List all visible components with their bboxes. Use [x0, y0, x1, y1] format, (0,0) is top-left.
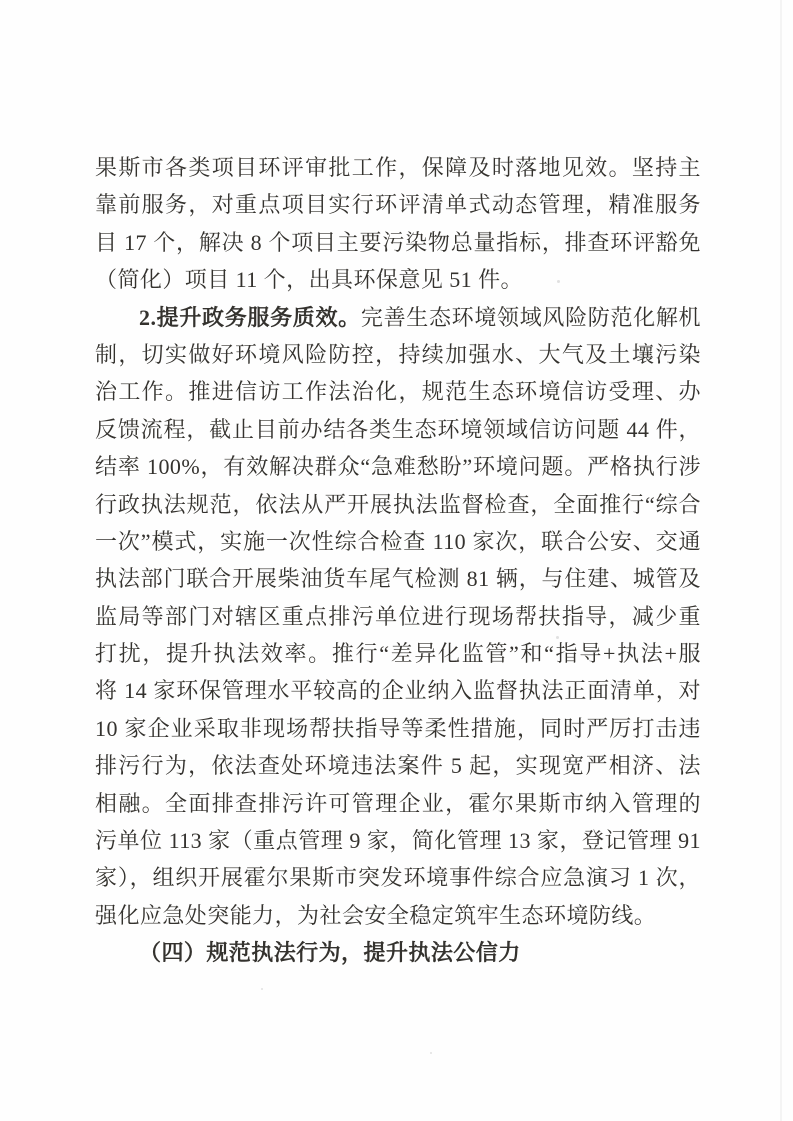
text-segment: 靠前服务，对重点项目实行环评清单式动态管理，精准服务项 [95, 192, 701, 223]
scan-speck [261, 988, 263, 990]
text-line: 将 14 家环保管理水平较高的企业纳入监督执法正面清单，对 [95, 672, 701, 709]
text-segment: 结率 100%，有效解决群众“急难愁盼”环境问题。严格执行涉企 [95, 454, 701, 485]
text-line: 结率 100%，有效解决群众“急难愁盼”环境问题。严格执行涉企 [95, 448, 701, 485]
document-body: 果斯市各类项目环评审批工作，保障及时落地见效。坚持主动靠前服务，对重点项目实行环… [95, 149, 701, 972]
text-line: 强化应急处突能力，为社会安全稳定筑牢生态环境防线。 [95, 897, 701, 934]
text-segment: 一次”模式，实施一次性综合检查 110 家次，联合公安、交通等 [95, 529, 701, 560]
text-line: 一次”模式，实施一次性综合检查 110 家次，联合公安、交通等 [95, 523, 701, 560]
text-segment: 完善生态环境领域风险防范化解机 [361, 305, 701, 330]
bold-text-segment: 2.提升政务服务质效。 [139, 305, 361, 330]
text-line: （四）规范执法行为，提升执法公信力 [95, 934, 701, 971]
text-line: 果斯市各类项目环评审批工作，保障及时落地见效。坚持主动 [95, 149, 701, 186]
text-line: 打扰，提升执法效率。推行“差异化监管”和“指导+执法+服务”， [95, 635, 701, 672]
scan-speck [556, 636, 559, 639]
text-segment: 果斯市各类项目环评审批工作，保障及时落地见效。坚持主动 [95, 155, 701, 186]
text-segment: 打扰，提升执法效率。推行“差异化监管”和“指导+执法+服务”， [95, 641, 701, 672]
text-segment: 强化应急处突能力，为社会安全稳定筑牢生态环境防线。 [95, 903, 656, 928]
text-line: 相融。全面排查排污许可管理企业，霍尔果斯市纳入管理的排 [95, 785, 701, 822]
text-line: 靠前服务，对重点项目实行环评清单式动态管理，精准服务项 [95, 186, 701, 223]
text-line: 反馈流程，截止目前办结各类生态环境领域信访问题 44 件，办 [95, 411, 701, 448]
text-line: （简化）项目 11 个，出具环保意见 51 件。 [95, 261, 701, 298]
text-segment: 监局等部门对辖区重点排污单位进行现场帮扶指导，减少重复 [95, 604, 701, 635]
scan-edge-artifact [780, 0, 782, 1121]
text-segment: 家），组织开展霍尔果斯市突发环境事件综合应急演习 1 次， [95, 865, 701, 890]
text-segment: 制，切实做好环境风险防控，持续加强水、大气及土壤污染防 [95, 342, 701, 373]
text-segment: 行政执法规范，依法从严开展执法监督检查，全面推行“综合查 [95, 492, 701, 523]
text-line: 治工作。推进信访工作法治化，规范生态环境信访受理、办理、 [95, 373, 701, 410]
document-page: 果斯市各类项目环评审批工作，保障及时落地见效。坚持主动靠前服务，对重点项目实行环… [0, 0, 793, 1121]
text-line: 目 17 个，解决 8 个项目主要污染物总量指标，排查环评豁免 [95, 224, 701, 261]
text-line: 排污行为，依法查处环境违法案件 5 起，实现宽严相济、法理 [95, 747, 701, 784]
text-segment: （简化）项目 11 个，出具环保意见 51 件。 [95, 267, 523, 292]
text-line: 制，切实做好环境风险防控，持续加强水、大气及土壤污染防 [95, 336, 701, 373]
text-line: 监局等部门对辖区重点排污单位进行现场帮扶指导，减少重复 [95, 598, 701, 635]
text-segment: 执法部门联合开展柴油货车尾气检测 81 辆，与住建、城管及市 [95, 566, 701, 597]
scan-speck [557, 280, 560, 283]
text-segment: 目 17 个，解决 8 个项目主要污染物总量指标，排查环评豁免 [95, 230, 701, 255]
text-line: 行政执法规范，依法从严开展执法监督检查，全面推行“综合查 [95, 486, 701, 523]
text-segment: 治工作。推进信访工作法治化，规范生态环境信访受理、办理、 [95, 379, 701, 410]
text-line: 2.提升政务服务质效。完善生态环境领域风险防范化解机 [95, 299, 701, 336]
text-line: 10 家企业采取非现场帮扶指导等柔性措施，同时严厉打击违法 [95, 710, 701, 747]
text-line: 执法部门联合开展柴油货车尾气检测 81 辆，与住建、城管及市 [95, 560, 701, 597]
scan-speck [430, 1052, 432, 1054]
section-heading: （四）规范执法行为，提升执法公信力 [95, 934, 701, 971]
text-line: 污单位 113 家（重点管理 9 家，简化管理 13 家，登记管理 91 [95, 822, 701, 859]
bold-text-segment: （四）规范执法行为，提升执法公信力 [139, 940, 521, 965]
text-segment: 排污行为，依法查处环境违法案件 5 起，实现宽严相济、法理 [95, 753, 701, 784]
text-segment: 10 家企业采取非现场帮扶指导等柔性措施，同时严厉打击违法 [95, 716, 701, 747]
paragraph-continued: 果斯市各类项目环评审批工作，保障及时落地见效。坚持主动靠前服务，对重点项目实行环… [95, 149, 701, 299]
text-segment: 相融。全面排查排污许可管理企业，霍尔果斯市纳入管理的排 [95, 791, 701, 822]
paragraph-item-2: 2.提升政务服务质效。完善生态环境领域风险防范化解机制，切实做好环境风险防控，持… [95, 299, 701, 935]
text-segment: 反馈流程，截止目前办结各类生态环境领域信访问题 44 件，办 [95, 417, 701, 448]
text-line: 家），组织开展霍尔果斯市突发环境事件综合应急演习 1 次， [95, 859, 701, 896]
text-segment: 污单位 113 家（重点管理 9 家，简化管理 13 家，登记管理 91 [95, 828, 701, 853]
text-segment: 将 14 家环保管理水平较高的企业纳入监督执法正面清单，对 [95, 678, 701, 703]
